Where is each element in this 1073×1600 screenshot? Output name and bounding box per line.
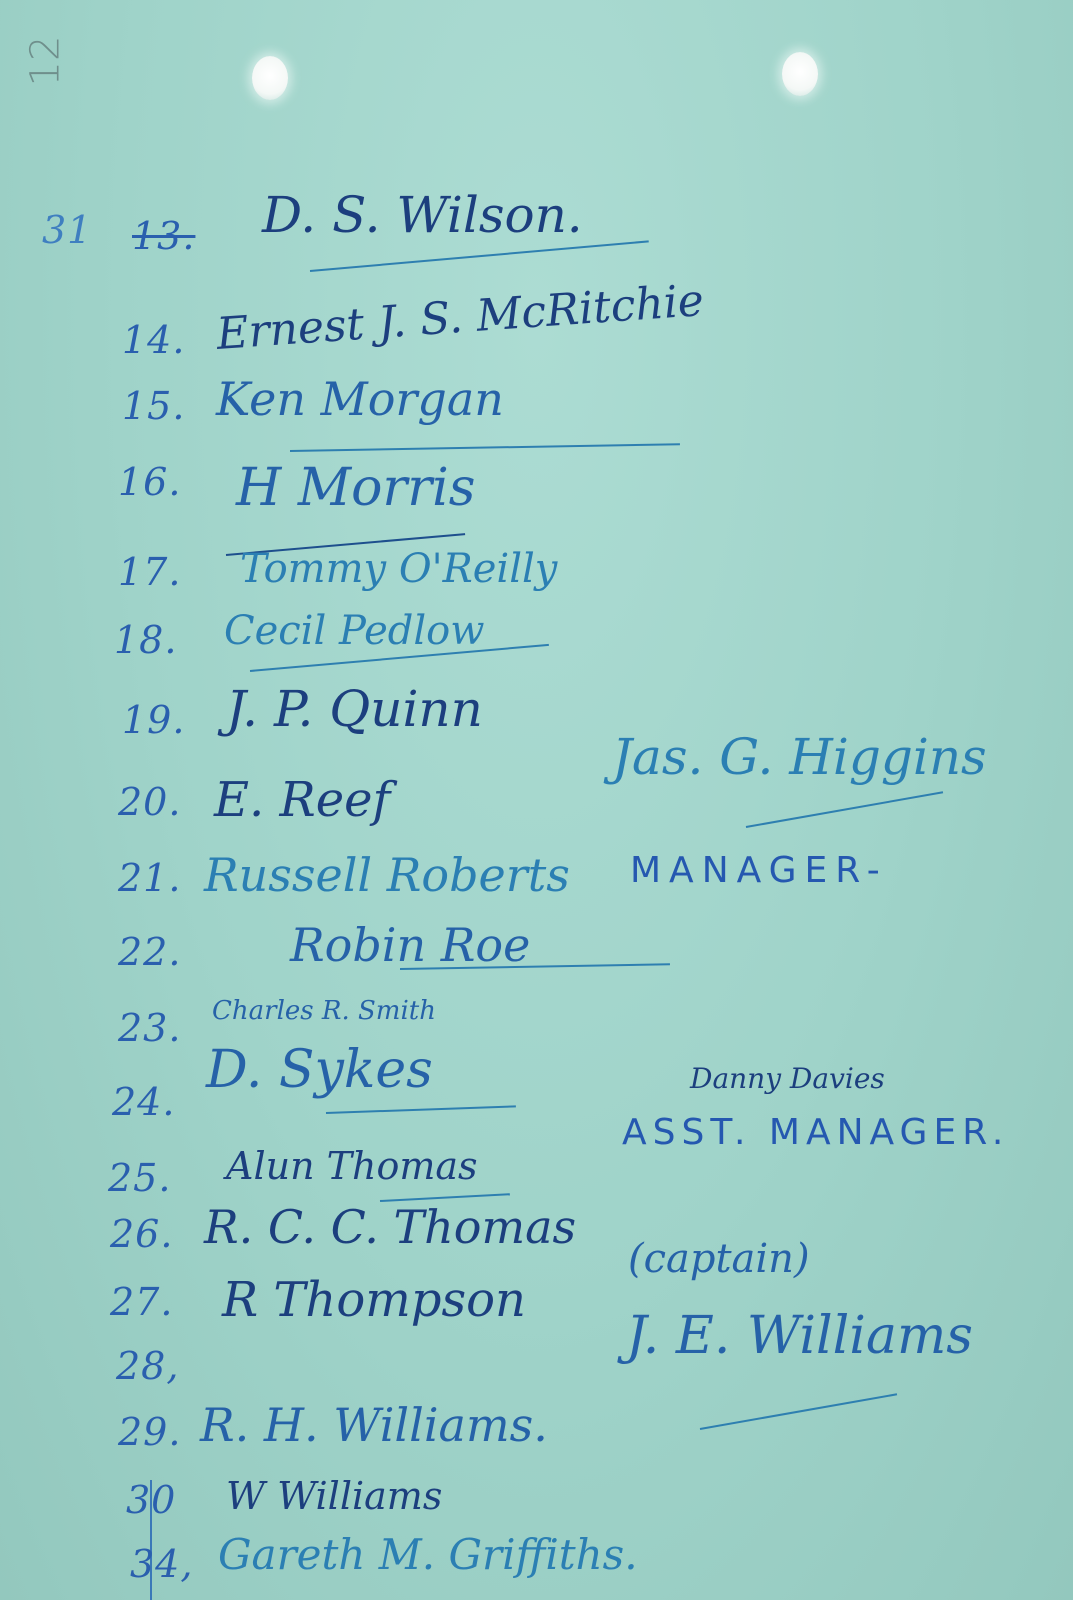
roster-number: 25.: [108, 1156, 171, 1200]
struck-roster-number: 13.: [132, 214, 195, 258]
signature: Alun Thomas: [226, 1144, 478, 1188]
signature: Ken Morgan: [216, 372, 504, 426]
signature-flourish: [700, 1393, 897, 1430]
roster-number: 34,: [130, 1542, 193, 1586]
signature: Charles R. Smith: [212, 996, 436, 1026]
roster-number: 28,: [116, 1344, 179, 1388]
roster-number: 16.: [118, 460, 181, 504]
signature: Tommy O'Reilly: [240, 546, 557, 592]
roster-number: 26.: [110, 1212, 173, 1256]
signature: R. H. Williams.: [200, 1398, 548, 1452]
roster-number: 29.: [118, 1410, 181, 1454]
roster-number: 20.: [118, 780, 181, 824]
signature: D. S. Wilson.: [262, 186, 583, 244]
roster-number: 23.: [118, 1006, 181, 1050]
roster-number: 24.: [112, 1080, 175, 1124]
roster-number: 21.: [118, 856, 181, 900]
signature: Robin Roe: [290, 918, 530, 972]
signature: H Morris: [236, 458, 475, 518]
roster-number: 18.: [114, 618, 177, 662]
punch-hole-left: [252, 56, 288, 100]
signature: J. P. Quinn: [226, 680, 483, 738]
manager-signature: Jas. G. Higgins: [612, 728, 987, 786]
roster-number: 30: [126, 1478, 176, 1522]
autograph-sheet: 12 31 13. D. S. Wilson. 14. Ernest J. S.…: [0, 0, 1073, 1600]
roster-number: 22.: [118, 930, 181, 974]
captain-role-label: (captain): [628, 1236, 810, 1282]
roster-number: 17.: [118, 550, 181, 594]
signature-flourish: [326, 1105, 516, 1114]
signature: Ernest J. S. McRitchie: [215, 275, 706, 360]
manager-role-label: MANAGER-: [630, 850, 888, 891]
signature: D. Sykes: [206, 1040, 433, 1100]
signature-flourish: [310, 240, 649, 272]
punch-hole-right: [782, 52, 818, 96]
page-number: 12: [22, 36, 68, 87]
signature: Russell Roberts: [204, 848, 570, 902]
roster-number: 15.: [122, 384, 185, 428]
captain-signature: J. E. Williams: [626, 1306, 973, 1366]
signature-flourish: [290, 443, 680, 452]
signature: Gareth M. Griffiths.: [218, 1530, 638, 1579]
signature-flourish: [746, 791, 943, 828]
roster-number: 19.: [122, 698, 185, 742]
roster-number: 27.: [110, 1280, 173, 1324]
signature: R. C. C. Thomas: [204, 1200, 576, 1254]
signature: Cecil Pedlow: [224, 608, 485, 654]
signature: R Thompson: [222, 1272, 526, 1328]
roster-number: 14.: [122, 318, 185, 362]
roster-number: 31: [42, 208, 92, 252]
asst-manager-signature: Danny Davies: [690, 1062, 885, 1095]
asst-manager-role-label: ASST. MANAGER.: [622, 1112, 1009, 1153]
signature: W Williams: [226, 1474, 442, 1518]
signature: E. Reef: [214, 772, 390, 828]
